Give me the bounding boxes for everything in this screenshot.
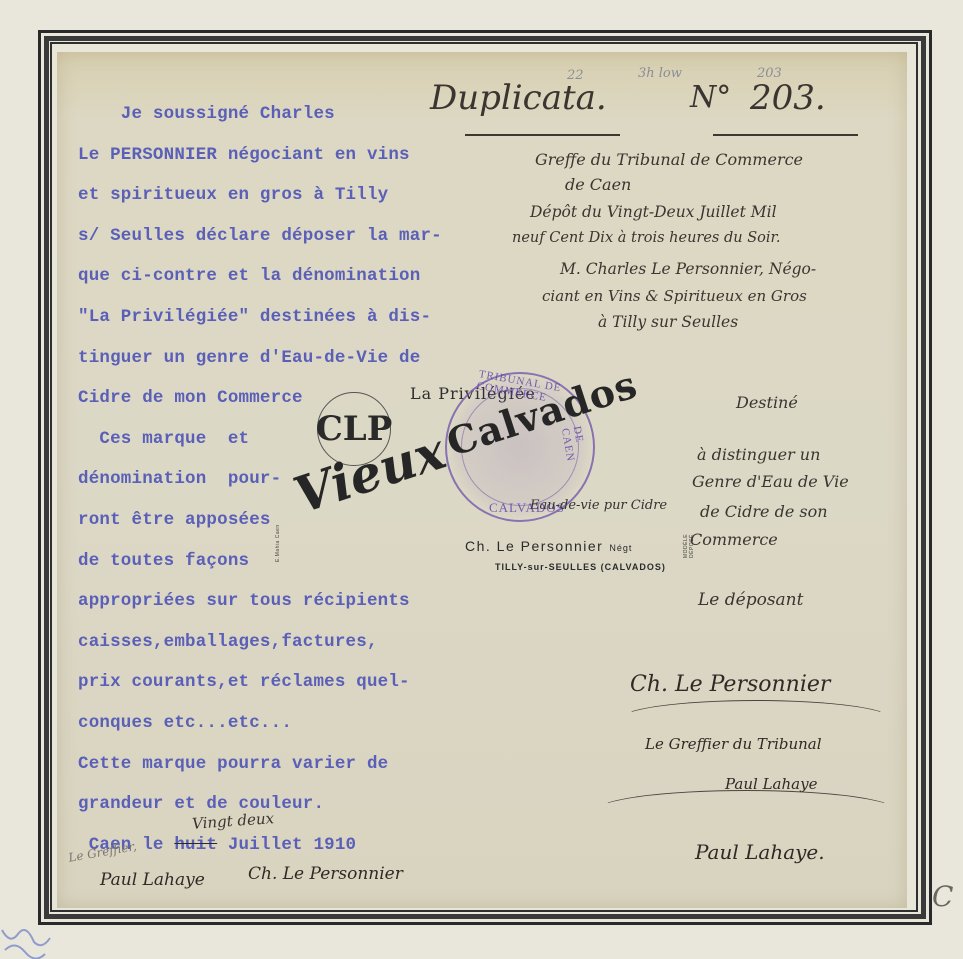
- typed-line: et spiritueux en gros à Tilly: [78, 175, 442, 216]
- destination-line: à distinguer un: [697, 445, 820, 464]
- struck-date-word: huit: [174, 835, 217, 855]
- typed-line: tinguer un genre d'Eau-de-Vie de: [78, 338, 442, 379]
- destination-line: Destiné: [736, 393, 798, 412]
- signature-lahaye: Paul Lahaye.: [695, 840, 825, 864]
- typed-line: Le PERSONNIER négociant en vins: [78, 135, 442, 176]
- signature-personnier-bottom: Ch. Le Personnier: [248, 864, 403, 884]
- pencil-note: 22: [567, 68, 584, 83]
- duplicata-underline: [465, 134, 620, 136]
- label-subtitle: Eau-de-vie pur Cidre: [530, 498, 667, 513]
- label-printer-mark: E.Mahia Caen: [275, 524, 281, 562]
- registry-line: neuf Cent Dix à trois heures du Soir.: [512, 230, 780, 246]
- signature-personnier: Ch. Le Personnier: [630, 672, 830, 697]
- margin-mark: C: [932, 880, 953, 913]
- stamp-right-text: DE CAEN: [559, 425, 589, 467]
- blue-ink-scribble-icon: [0, 920, 55, 959]
- merchant-name: Ch. Le Personnier: [465, 538, 603, 554]
- typed-line: "La Privilégiée" destinées à dis-: [78, 297, 442, 338]
- pencil-note: 3h low: [638, 66, 682, 81]
- signature-greffier-title: Le Greffier du Tribunal: [645, 735, 822, 753]
- registry-line: à Tilly sur Seulles: [598, 313, 738, 331]
- signature-flourish: [620, 700, 892, 738]
- typed-line: caisses,emballages,factures,: [78, 622, 442, 663]
- registry-line: de Caen: [565, 175, 631, 194]
- label-merchant: Ch. Le PersonnierNégt: [465, 538, 632, 554]
- registry-line: M. Charles Le Personnier, Négo-: [560, 260, 816, 278]
- destination-line: Genre d'Eau de Vie: [692, 472, 849, 491]
- typed-line: que ci-contre et la dénomination: [78, 256, 442, 297]
- destination-line: Commerce: [690, 530, 778, 549]
- number-underline: [713, 134, 858, 136]
- label-address: TILLY-sur-SEULLES (CALVADOS): [495, 562, 666, 572]
- typed-line: s/ Seulles déclare déposer la mar-: [78, 216, 442, 257]
- registry-line: ciant en Vins & Spiritueux en Gros: [542, 287, 807, 305]
- merchant-suffix: Négt: [609, 543, 632, 553]
- depositor-label: Le déposant: [698, 590, 803, 610]
- document-number: 203.: [750, 78, 826, 118]
- typed-line: prix courants,et réclames quel-: [78, 662, 442, 703]
- duplicata-heading: Duplicata.: [430, 78, 607, 118]
- registry-line: Greffe du Tribunal de Commerce: [535, 150, 803, 169]
- signature-flourish: [595, 790, 897, 832]
- registry-line: Dépôt du Vingt-Deux Juillet Mil: [530, 203, 777, 221]
- destination-line: de Cidre de son: [700, 502, 828, 521]
- typed-line: Cette marque pourra varier de: [78, 744, 442, 785]
- number-label: N°: [690, 80, 731, 115]
- trademark-label: CLP La Privilégiée TRIBUNAL DE COMMERCE …: [305, 380, 695, 590]
- date-suffix: Juillet 1910: [217, 835, 356, 855]
- signature-lahaye-bottom: Paul Lahaye: [100, 870, 205, 890]
- pencil-note: 203: [757, 66, 782, 81]
- typed-line: conques etc...etc...: [78, 703, 442, 744]
- typed-line: Je soussigné Charles: [78, 94, 442, 135]
